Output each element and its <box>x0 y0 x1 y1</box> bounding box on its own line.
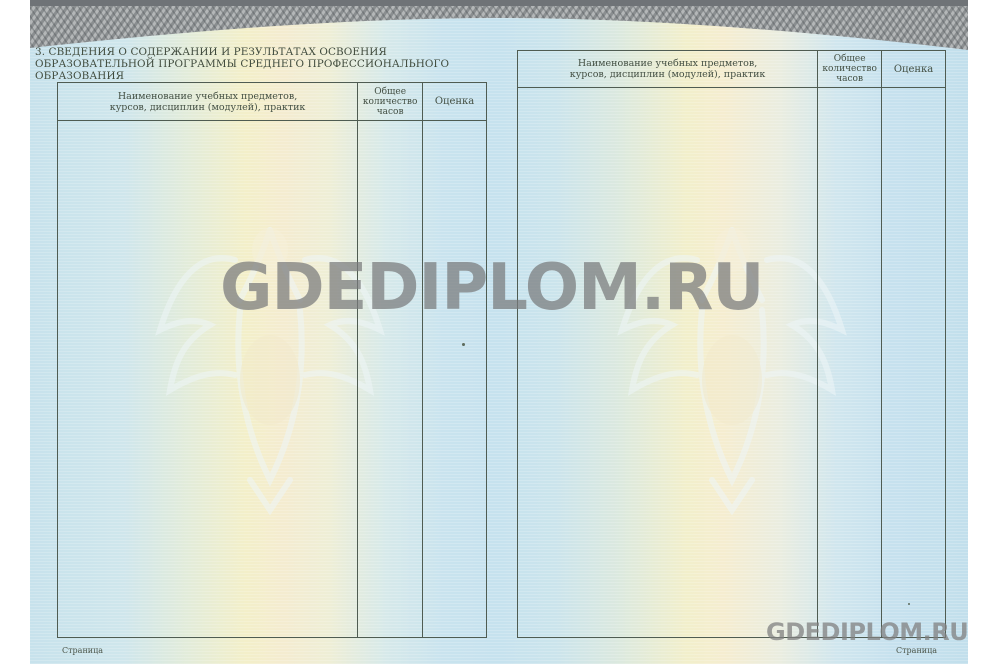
diploma-supplement-spread: 3. Сведения о содержании и результатах о… <box>30 0 968 664</box>
table-body-empty <box>518 88 946 638</box>
grades-table-left: Наименование учебных предметов, курсов, … <box>57 82 487 638</box>
column-header-subject: Наименование учебных предметов, курсов, … <box>518 51 818 88</box>
grade-cell <box>882 88 946 638</box>
grade-cell <box>423 121 487 638</box>
column-header-grade: Оценка <box>423 83 487 121</box>
paper-fiber <box>908 603 910 605</box>
table-body-empty <box>58 121 487 638</box>
watermark-center: GDEDIPLOM.RU <box>220 252 763 324</box>
grades-table-right: Наименование учебных предметов, курсов, … <box>517 50 946 638</box>
column-header-subject: Наименование учебных предметов, курсов, … <box>58 83 358 121</box>
subject-cell <box>58 121 358 638</box>
section-title: 3. Сведения о содержании и результатах о… <box>35 46 505 82</box>
subject-cell <box>518 88 818 638</box>
hours-cell <box>818 88 882 638</box>
column-header-grade: Оценка <box>882 51 946 88</box>
hours-cell <box>358 121 423 638</box>
column-header-hours: Общее количество часов <box>358 83 423 121</box>
watermark-corner: GDEDIPLOM.RU <box>766 618 968 646</box>
page-number-label-left: Страница <box>62 646 103 655</box>
page-number-label-right: Страница <box>896 646 937 655</box>
paper-fiber <box>462 343 465 346</box>
column-header-hours: Общее количество часов <box>818 51 882 88</box>
